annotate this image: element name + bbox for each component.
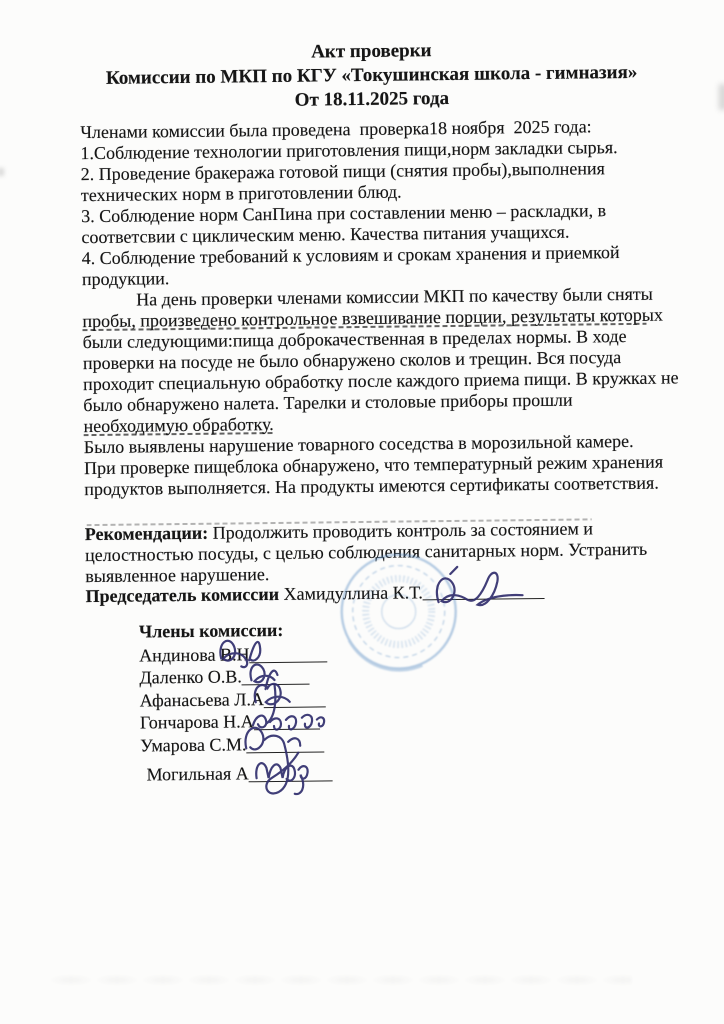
document-header: Акт проверки Комиссии по МКП по КГУ «Ток… [0,36,720,116]
chair-label: Председатель комиссии [85,584,279,606]
member-row: Умарова С.М. [140,731,332,756]
member-name: Гончарова Н.А [140,710,254,733]
member-signature-line [249,643,327,663]
document-page: Акт проверки Комиссии по МКП по КГУ «Ток… [0,0,724,1024]
member-row: Афанасьева Л.А [140,686,332,711]
member-row: Могильная А [146,761,332,786]
member-signature-line [242,666,310,686]
member-signature-line [246,733,324,753]
recommendations-label: Рекомендации: [85,523,209,544]
member-name: Умарова С.М. [140,733,246,756]
recommendations-paragraph: Рекомендации: Продолжить проводить контр… [85,517,706,587]
scan-edge-artifact [719,84,724,110]
member-row: Андинова В.Н [139,641,331,666]
scanned-document-content: Акт проверки Комиссии по МКП по КГУ «Ток… [0,0,724,1024]
member-signature-line [249,762,333,782]
member-row: Даленко О.В. [139,664,331,689]
member-name: Даленко О.В. [139,665,242,688]
scan-noise [48,974,632,990]
member-name: Андинова В.Н [139,643,250,666]
chair-name: Хамидуллина К.Т. [279,582,423,604]
chair-signature-row: Председатель комиссии Хамидуллина К.Т. [85,580,545,607]
member-name: Могильная А [146,762,248,785]
scan-edge-artifact [0,168,4,176]
member-signature-line [264,688,326,708]
chair-signature-line [423,597,545,600]
members-block: Члены комиссии: Андинова В.Н Даленко О.В… [139,618,333,785]
member-row: Гончарова Н.А [140,709,332,734]
main-paragraph: Членами комиссии была проведена проверка… [80,115,712,500]
member-name: Афанасьева Л.А [140,688,264,711]
members-label: Члены комиссии: [139,618,331,642]
member-signature-line [254,710,320,730]
